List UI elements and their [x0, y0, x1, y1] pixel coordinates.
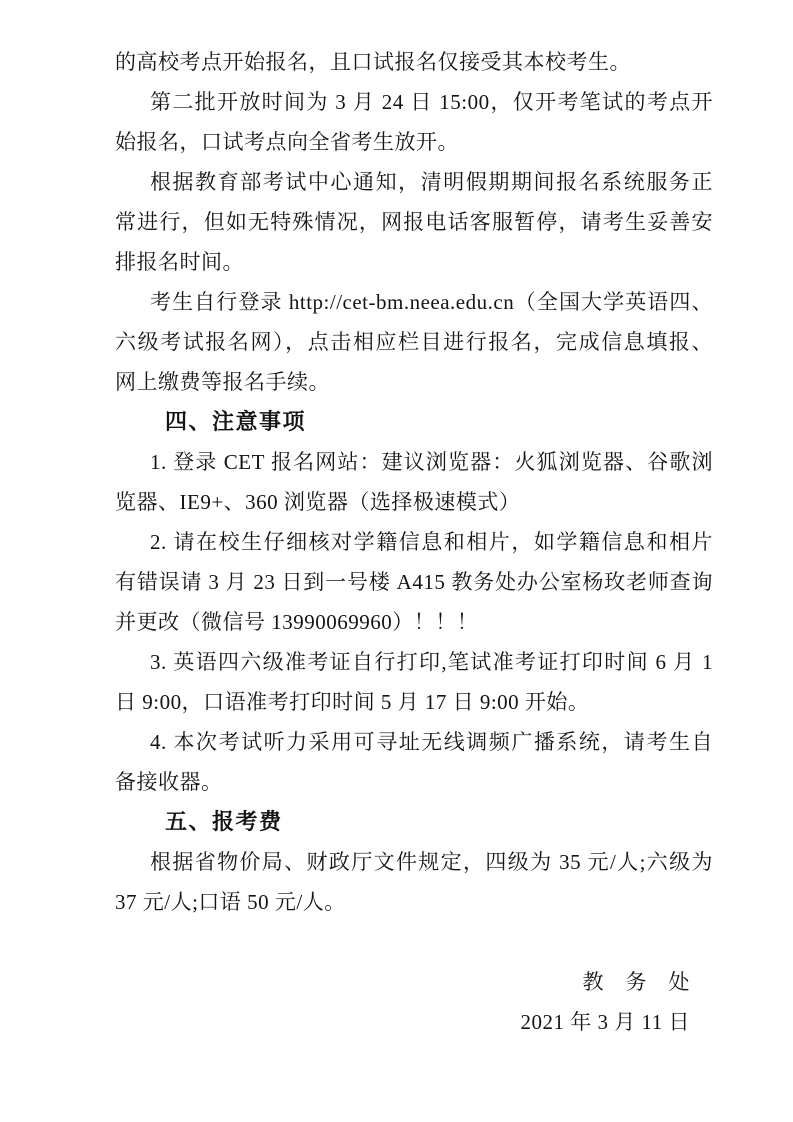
note-item-2-line-1: 2. 请在校生仔细核对学籍信息和相片，如学籍信息和相片: [115, 522, 713, 562]
note-item-1-line-2: 览器、IE9+、360 浏览器（选择极速模式）: [115, 482, 713, 522]
paragraph-continuation-line: 的高校考点开始报名，且口试报名仅接受其本校考生。: [115, 42, 713, 82]
paragraph-registration-url-line-2: 六级考试报名网），点击相应栏目进行报名，完成信息填报、: [115, 322, 713, 362]
paragraph-fees-line-2: 37 元/人;口语 50 元/人。: [115, 882, 713, 922]
paragraph-moe-notice-line-1: 根据教育部考试中心通知，清明假期期间报名系统服务正: [115, 162, 713, 202]
paragraph-moe-notice-line-2: 常进行，但如无特殊情况，网报电话客服暂停，请考生妥善安: [115, 202, 713, 242]
paragraph-second-batch-line-2: 始报名，口试考点向全省考生放开。: [115, 122, 713, 162]
document-page: 的高校考点开始报名，且口试报名仅接受其本校考生。 第二批开放时间为 3 月 24…: [0, 0, 793, 1122]
paragraph-registration-url-line-3: 网上缴费等报名手续。: [115, 362, 713, 402]
signature-department: 教 务 处: [115, 962, 713, 1002]
document-body: 的高校考点开始报名，且口试报名仅接受其本校考生。 第二批开放时间为 3 月 24…: [0, 0, 793, 1042]
section-heading-notes: 四、注意事项: [115, 402, 713, 442]
paragraph-registration-url-line-1: 考生自行登录 http://cet-bm.neea.edu.cn（全国大学英语四…: [115, 282, 713, 322]
note-item-4-line-1: 4. 本次考试听力采用可寻址无线调频广播系统，请考生自: [115, 722, 713, 762]
note-item-2-line-3: 并更改（微信号 13990069960）！！！: [115, 602, 713, 642]
section-heading-fees: 五、报考费: [115, 802, 713, 842]
blank-line: [115, 922, 713, 962]
note-item-3-line-1: 3. 英语四六级准考证自行打印,笔试准考证打印时间 6 月 1: [115, 642, 713, 682]
paragraph-moe-notice-line-3: 排报名时间。: [115, 242, 713, 282]
paragraph-second-batch-line-1: 第二批开放时间为 3 月 24 日 15:00，仅开考笔试的考点开: [115, 82, 713, 122]
note-item-4-line-2: 备接收器。: [115, 762, 713, 802]
note-item-1-line-1: 1. 登录 CET 报名网站：建议浏览器：火狐浏览器、谷歌浏: [115, 442, 713, 482]
note-item-3-line-2: 日 9:00，口语准考打印时间 5 月 17 日 9:00 开始。: [115, 682, 713, 722]
paragraph-fees-line-1: 根据省物价局、财政厅文件规定，四级为 35 元/人;六级为: [115, 842, 713, 882]
note-item-2-line-2: 有错误请 3 月 23 日到一号楼 A415 教务处办公室杨玫老师查询: [115, 562, 713, 602]
signature-date: 2021 年 3 月 11 日: [115, 1002, 713, 1042]
